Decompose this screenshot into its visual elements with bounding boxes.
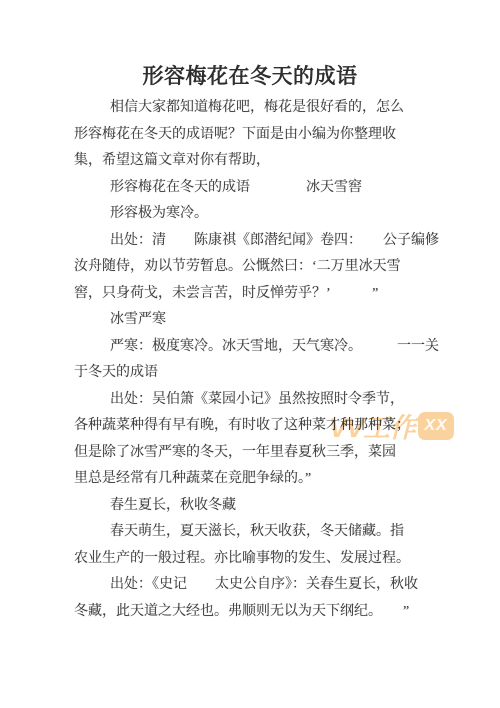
text-line: 相信大家都知道梅花吧，梅花是很好看的，怎么 xyxy=(74,95,454,122)
text-line: 形容梅花在冬天的成语 冰天雪窖 xyxy=(74,175,454,202)
text-line: 出处：吴伯箫《菜园小记》虽然按照时令季节， xyxy=(74,387,454,414)
text-line: 形容梅花在冬天的成语呢？下面是由小编为你整理收 xyxy=(74,122,454,149)
text-line: 春生夏长，秋收冬藏 xyxy=(74,493,454,520)
text-line: 严寒：极度寒冷。冰天雪地，天气寒冷。 一一关 xyxy=(74,334,454,361)
text-line: 形容极为寒冷。 xyxy=(74,201,454,228)
text-line: 冰雪严寒 xyxy=(74,307,454,334)
text-line: 集，希望这篇文章对你有帮助， xyxy=(74,148,454,175)
document-body: 相信大家都知道梅花吧，梅花是很好看的，怎么形容梅花在冬天的成语呢？下面是由小编为… xyxy=(74,95,454,625)
document-page: 形容梅花在冬天的成语 相信大家都知道梅花吧，梅花是很好看的，怎么形容梅花在冬天的… xyxy=(0,0,500,708)
text-line: 出处：清 陈康祺《郎潜纪闻》卷四： 公子编修 xyxy=(74,228,454,255)
text-line: 窖，只身荷戈，未尝言苦，时反惮劳乎？’ ” xyxy=(74,281,454,308)
text-line: 但是除了冰雪严寒的冬天，一年里春夏秋三季，菜园 xyxy=(74,440,454,467)
text-line: 出处：《史记 太史公自序》：关春生夏长，秋收 xyxy=(74,572,454,599)
text-line: 春天萌生，夏天滋长，秋天收获，冬天储藏。指 xyxy=(74,519,454,546)
text-line: 农业生产的一般过程。亦比喻事物的发生、发展过程。 xyxy=(74,546,454,573)
text-line: 各种蔬菜种得有早有晚，有时收了这种菜才种那种菜； xyxy=(74,413,454,440)
text-line: 里总是经常有几种蔬菜在竞肥争绿的。” xyxy=(74,466,454,493)
document-title: 形容梅花在冬天的成语 xyxy=(0,60,500,90)
text-line: 汝舟随侍，劝以节劳暂息。公慨然曰：‘二万里冰天雪 xyxy=(74,254,454,281)
text-line: 于冬天的成语 xyxy=(74,360,454,387)
text-line: 冬藏，此天道之大经也。弗顺则无以为天下纲纪。 ” xyxy=(74,599,454,626)
